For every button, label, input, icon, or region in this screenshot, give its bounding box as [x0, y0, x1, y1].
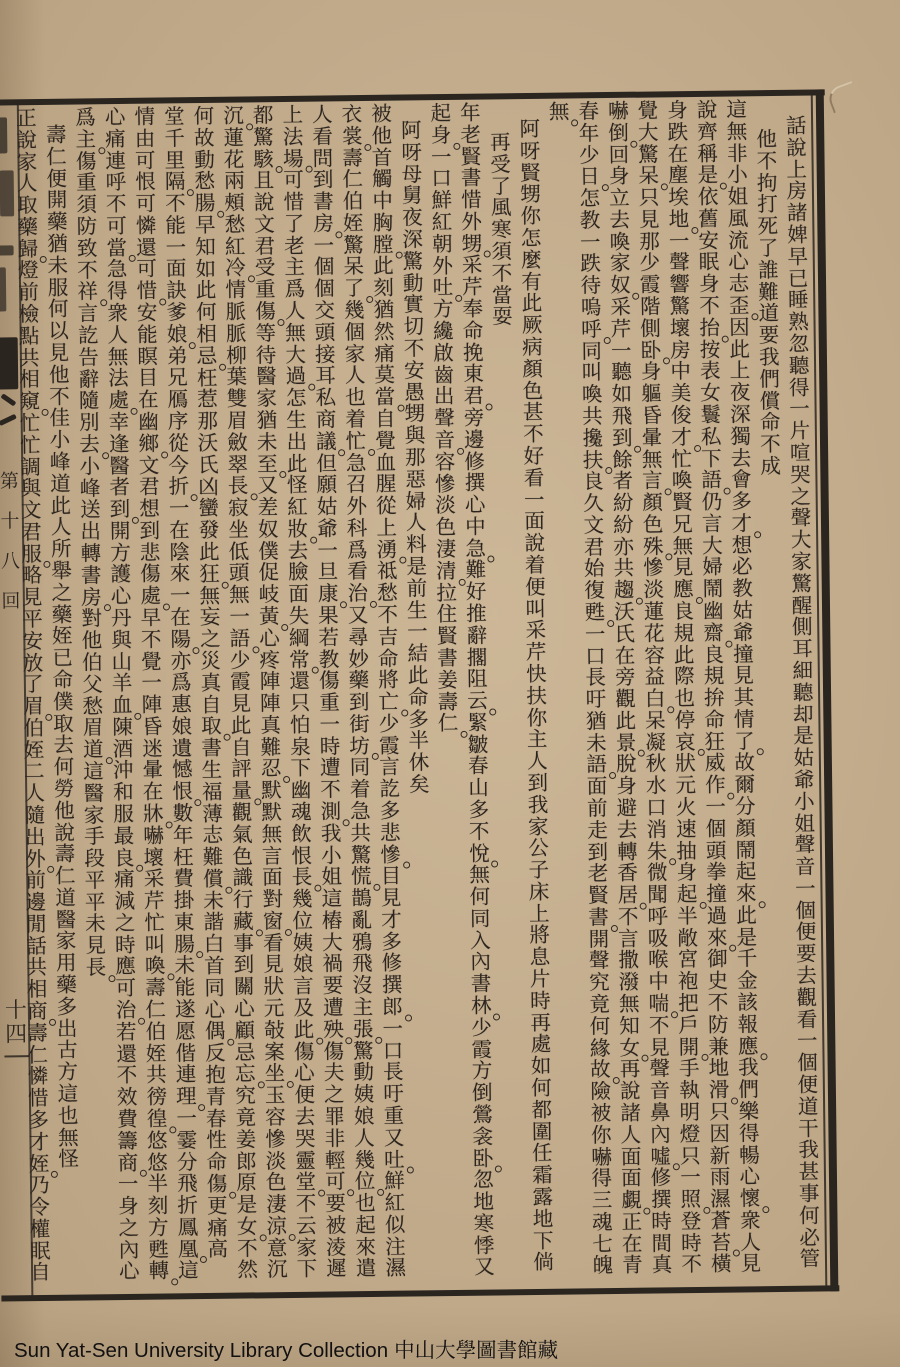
glyph: 出	[78, 521, 104, 543]
glyph: 陣	[257, 671, 283, 693]
glyph: 從	[373, 496, 399, 518]
glyph: 再	[617, 1059, 643, 1081]
glyph: 竟	[233, 1107, 259, 1129]
glyph: 喚	[142, 956, 168, 978]
glyph: 惜	[458, 190, 484, 212]
glyph: 遲	[323, 1259, 349, 1281]
glyph: 該	[735, 992, 761, 1014]
glyph: 陽	[168, 629, 194, 651]
glyph: 幾	[341, 300, 367, 322]
glyph: 只	[287, 693, 313, 715]
glyph: 聽	[790, 682, 816, 704]
glyph: 共	[348, 823, 374, 845]
glyph: 君	[136, 477, 162, 499]
glyph: 去	[76, 434, 102, 456]
glyph: 險	[588, 1081, 614, 1103]
glyph: 着	[522, 555, 548, 577]
glyph: 頭	[703, 840, 729, 862]
glyph: 將	[375, 670, 401, 692]
glyph: 新	[707, 1145, 733, 1167]
glyph: 愚	[401, 382, 427, 404]
glyph: 還	[133, 237, 159, 259]
glyph: 蓮	[641, 601, 667, 623]
glyph: 清	[433, 561, 459, 583]
glyph: 看	[521, 468, 547, 490]
glyph: 厥	[519, 315, 545, 337]
glyph: 非	[724, 143, 750, 165]
glyph: 東	[171, 912, 197, 934]
glyph: 安	[696, 230, 722, 252]
glyph: 却	[790, 704, 816, 726]
glyph: 何	[193, 302, 219, 324]
glyph: 之	[788, 486, 814, 508]
glyph: 齋	[700, 622, 726, 644]
glyph: 行	[230, 890, 256, 912]
glyph: 重	[381, 1105, 407, 1127]
glyph: 必	[797, 1227, 823, 1249]
glyph: 只	[636, 187, 662, 209]
glyph: 姜	[435, 670, 461, 692]
glyph: 耳	[789, 639, 815, 661]
glyph: 序	[165, 411, 191, 433]
glyph: 生	[404, 600, 430, 622]
glyph: 賢	[458, 146, 484, 168]
glyph: 真	[257, 715, 283, 737]
glyph: 說	[694, 100, 720, 122]
glyph: 在	[167, 607, 193, 629]
glyph: 藥	[49, 604, 75, 626]
glyph: 驚	[635, 144, 661, 166]
glyph: 亂	[349, 910, 375, 932]
glyph: 雙	[224, 389, 250, 411]
glyph: 撞	[704, 884, 730, 906]
glyph: 霞	[227, 672, 253, 694]
glyph: 心	[291, 1063, 317, 1085]
glyph: 書	[310, 191, 336, 213]
glyph: 寒	[488, 219, 514, 241]
glyph: 勞	[51, 778, 77, 800]
glyph: 水	[643, 776, 669, 798]
glyph: 家	[293, 1237, 319, 1259]
glyph: 須	[74, 194, 100, 216]
glyph: 睡	[785, 290, 811, 312]
glyph: 防	[705, 1014, 731, 1036]
glyph: 此	[727, 339, 753, 361]
glyph: 何	[45, 299, 71, 321]
glyph: 景	[613, 732, 639, 754]
glyph: 千	[162, 128, 188, 150]
glyph: 乃	[26, 1175, 52, 1197]
glyph: 色	[433, 517, 459, 539]
glyph: 無	[616, 994, 642, 1016]
glyph: 爲	[344, 540, 370, 562]
glyph: 愁	[80, 696, 106, 718]
glyph: 方	[469, 1061, 495, 1083]
glyph: 情	[731, 709, 757, 731]
glyph: 如	[193, 258, 219, 280]
glyph: 人	[737, 1232, 763, 1254]
glyph: 仁	[143, 999, 169, 1021]
glyph: 惹	[194, 389, 220, 411]
glyph: 不	[757, 434, 783, 456]
glyph: 身	[664, 100, 690, 122]
glyph: 葉	[224, 367, 250, 389]
glyph: 滑	[706, 1080, 732, 1102]
glyph: 山	[109, 651, 135, 673]
glyph: 幽	[135, 411, 161, 433]
glyph: 壞	[141, 847, 167, 869]
glyph: 面	[259, 867, 285, 889]
glyph: 一	[380, 1018, 406, 1040]
glyph: 暢	[736, 1145, 762, 1167]
glyph: 道	[47, 473, 73, 495]
glyph: 潑	[616, 972, 642, 994]
glyph: 折	[175, 1195, 201, 1217]
glyph: 共	[16, 348, 42, 370]
text-column: 阿呀賢甥你怎麼有此厥病顏色甚不好看一面說着便叫采芹快扶你主人到我家公子床上將息片…	[517, 119, 557, 1274]
glyph: 到	[346, 692, 372, 714]
glyph: 春	[576, 101, 602, 123]
glyph: 瞑	[135, 346, 161, 368]
glyph: 身	[115, 1196, 141, 1218]
glyph: 拉	[433, 582, 459, 604]
glyph: 被	[588, 1103, 614, 1125]
glyph: 良	[580, 471, 606, 493]
glyph: 何	[528, 1078, 554, 1100]
glyph: 驚	[340, 235, 366, 257]
glyph: 霎	[174, 1130, 200, 1152]
glyph: 非	[322, 1128, 348, 1150]
glyph: 淡	[432, 495, 458, 517]
glyph: 位	[289, 911, 315, 933]
glyph: 甚	[796, 1162, 822, 1184]
glyph: 衾	[470, 1126, 496, 1148]
glyph: 賢	[517, 162, 543, 184]
glyph: 口	[380, 1040, 406, 1062]
glyph: 甥	[517, 184, 543, 206]
glyph: 忙	[141, 912, 167, 934]
glyph: 痛	[204, 1217, 230, 1239]
glyph: 默	[258, 780, 284, 802]
glyph: 女	[697, 383, 723, 405]
glyph: 色	[520, 380, 546, 402]
glyph: 究	[232, 1086, 258, 1108]
glyph: 鬧	[700, 579, 726, 601]
glyph: 教	[577, 210, 603, 232]
glyph: 致	[74, 238, 100, 260]
glyph: 音	[647, 1080, 673, 1102]
glyph: 憾	[169, 760, 195, 782]
glyph: 餘	[609, 449, 635, 471]
glyph: 悠	[144, 1152, 170, 1174]
glyph: 上	[373, 517, 399, 539]
glyph: 償	[757, 390, 783, 412]
glyph: 大	[699, 535, 725, 557]
glyph: 一	[115, 1174, 141, 1196]
glyph: 可	[280, 170, 306, 192]
glyph: 爲	[72, 107, 98, 129]
glyph: 面	[285, 584, 311, 606]
glyph: 不	[103, 194, 129, 216]
glyph: 知	[192, 237, 218, 259]
glyph: 得	[589, 1168, 615, 1190]
glyph: 頭	[226, 563, 252, 585]
glyph: 上	[784, 159, 810, 181]
glyph: 誰	[755, 260, 781, 282]
glyph: 聽	[786, 355, 812, 377]
glyph: 反	[202, 1043, 228, 1065]
glyph: 金	[734, 970, 760, 992]
glyph: 腸	[171, 934, 197, 956]
glyph: 峰	[47, 452, 73, 474]
glyph: 才	[26, 1132, 52, 1154]
glyph: 動	[191, 149, 217, 171]
glyph: 人	[48, 517, 74, 539]
glyph: 個	[703, 818, 729, 840]
glyph: 今	[165, 455, 191, 477]
glyph: 他	[79, 630, 105, 652]
glyph: 君	[461, 386, 487, 408]
glyph: 見	[260, 954, 286, 976]
glyph: 失	[286, 606, 312, 628]
glyph: 仍	[699, 492, 725, 514]
glyph: 堂	[293, 1172, 319, 1194]
glyph: 聲	[431, 408, 457, 430]
glyph: 治	[113, 1000, 139, 1022]
glyph: 脈	[223, 323, 249, 345]
glyph: 到	[137, 520, 163, 542]
glyph: 惜	[134, 281, 160, 303]
glyph: 書	[199, 738, 225, 760]
glyph: 聲	[666, 252, 692, 274]
glyph: 才	[668, 427, 694, 449]
glyph: 都	[529, 1100, 555, 1122]
glyph: 舊	[695, 209, 721, 231]
glyph: 呆	[636, 166, 662, 188]
glyph: 始	[581, 558, 607, 580]
glyph: 圍	[529, 1121, 555, 1143]
glyph: 撞	[730, 644, 756, 666]
glyph: 祥	[75, 282, 101, 304]
glyph: 轉	[78, 543, 104, 565]
glyph: 尋	[345, 627, 371, 649]
glyph: 身	[696, 274, 722, 296]
glyph: 長	[83, 957, 109, 979]
glyph: 白	[642, 688, 668, 710]
glyph: 文	[136, 455, 162, 477]
glyph: 然	[235, 1260, 261, 1282]
glyph: 應	[112, 956, 138, 978]
glyph: 受	[252, 258, 278, 280]
glyph: 花	[221, 149, 247, 171]
glyph: 要	[756, 325, 782, 347]
glyph: 殊	[640, 536, 666, 558]
glyph: 忽	[470, 1170, 496, 1192]
glyph: 壽	[24, 1023, 50, 1045]
glyph: 過	[704, 906, 730, 928]
glyph: 開	[676, 1037, 702, 1059]
glyph: 來	[353, 1237, 379, 1259]
glyph: 似	[382, 1214, 408, 1236]
text-column: 他不拘打死了誰難道要我們償命不成	[754, 129, 784, 478]
glyph: 香	[615, 863, 641, 885]
glyph: 事	[231, 933, 257, 955]
glyph: 夫	[321, 1063, 347, 1085]
glyph: 幽	[288, 780, 314, 802]
glyph: 一	[139, 673, 165, 695]
glyph: 忙	[669, 448, 695, 470]
glyph: 怎	[283, 388, 309, 410]
glyph: 自	[372, 409, 398, 431]
glyph: 斂	[224, 432, 250, 454]
glyph: 不	[489, 263, 515, 285]
glyph: 家	[342, 344, 368, 366]
glyph: 青	[619, 1255, 645, 1277]
glyph: 口	[582, 646, 608, 668]
glyph: 之	[116, 1218, 142, 1240]
glyph: 覷	[619, 1190, 645, 1212]
glyph: 一	[521, 489, 547, 511]
glyph: 測	[318, 801, 344, 823]
glyph: 驚	[400, 251, 426, 273]
glyph: 急	[347, 801, 373, 823]
glyph: 到	[231, 955, 257, 977]
glyph: 眠	[27, 1241, 53, 1263]
glyph: 姐	[792, 813, 818, 835]
glyph: 獨	[728, 426, 754, 448]
glyph: 痛	[371, 343, 397, 365]
glyph: 無	[226, 585, 252, 607]
glyph: 霞	[637, 275, 663, 297]
glyph: 妙	[345, 648, 371, 670]
glyph: 顏	[640, 492, 666, 514]
glyph: 理	[173, 1086, 199, 1108]
glyph: 忌	[232, 1042, 258, 1064]
glyph: 故	[587, 1059, 613, 1081]
glyph: 此	[228, 715, 254, 737]
glyph: 家	[14, 152, 40, 174]
glyph: 跌	[665, 122, 691, 144]
glyph: 喧	[787, 442, 813, 464]
glyph: 言	[699, 513, 725, 535]
glyph: 到	[525, 773, 551, 795]
glyph: 心	[462, 495, 488, 517]
glyph: 能	[134, 324, 160, 346]
glyph: 難	[463, 560, 489, 582]
glyph: 見	[636, 209, 662, 231]
glyph: 病	[519, 337, 545, 359]
glyph: 待	[253, 345, 279, 367]
glyph: 驚	[250, 127, 276, 149]
glyph: 抬	[697, 317, 723, 339]
glyph: 又	[381, 1127, 407, 1149]
glyph: 好	[521, 446, 547, 468]
glyph: 我	[525, 794, 551, 816]
glyph: 折	[166, 476, 192, 498]
collection-caption: Sun Yat-Sen University Library Collectio…	[14, 1333, 558, 1363]
glyph: 常	[286, 649, 312, 671]
glyph: 魂	[589, 1212, 615, 1234]
glyph: 多	[728, 491, 754, 513]
glyph: 見	[46, 343, 72, 365]
glyph: 外	[429, 255, 455, 277]
glyph: 少	[637, 253, 663, 275]
glyph: 奴	[255, 519, 281, 541]
glyph: 懷	[737, 1188, 763, 1210]
glyph: 不	[234, 1238, 260, 1260]
glyph: 淩	[323, 1237, 349, 1259]
glyph: 陳	[109, 717, 135, 739]
glyph: 阿	[398, 120, 424, 142]
glyph: 扶	[580, 450, 606, 472]
glyph: 着	[347, 779, 373, 801]
glyph: 藥	[53, 975, 79, 997]
glyph: 休	[406, 752, 432, 774]
glyph: 若	[316, 627, 342, 649]
glyph: 房	[667, 340, 693, 362]
glyph: 早	[192, 215, 218, 237]
glyph: 入	[467, 930, 493, 952]
glyph: 是	[234, 1194, 260, 1216]
glyph: 面	[584, 776, 610, 798]
glyph: 訖	[377, 779, 403, 801]
glyph: 多	[466, 799, 492, 821]
glyph: 響	[667, 274, 693, 296]
glyph: 音	[792, 857, 818, 879]
glyph: 壽	[43, 125, 69, 147]
glyph: 老	[585, 863, 611, 885]
glyph: 那	[195, 411, 221, 433]
glyph: 舅	[399, 186, 425, 208]
glyph: 所	[48, 539, 74, 561]
glyph: 卧	[470, 1148, 496, 1170]
glyph: 恨	[169, 781, 195, 803]
glyph: 這	[319, 888, 345, 910]
glyph: 人	[524, 751, 550, 773]
glyph: 啟	[431, 343, 457, 365]
glyph: 及	[291, 998, 317, 1020]
glyph: 前	[584, 798, 610, 820]
glyph: 料	[403, 534, 429, 556]
glyph: 文	[581, 515, 607, 537]
glyph: 脫	[613, 754, 639, 776]
glyph: 規	[671, 623, 697, 645]
glyph: 在	[612, 645, 638, 667]
glyph: 嗚	[578, 297, 604, 319]
glyph: 怎	[577, 188, 603, 210]
glyph: 何	[587, 1016, 613, 1038]
glyph: 了	[755, 238, 781, 260]
glyph: 鮮	[381, 1171, 407, 1193]
glyph: 上	[727, 361, 753, 383]
glyph: 寒	[471, 1213, 497, 1235]
glyph: 喚	[607, 231, 633, 253]
glyph: 血	[109, 695, 135, 717]
glyph: 上	[526, 903, 552, 925]
glyph: 春	[465, 756, 491, 778]
glyph: 者	[610, 471, 636, 493]
glyph: 娘	[164, 324, 190, 346]
glyph: 早	[138, 607, 164, 629]
glyph: 少	[227, 650, 253, 672]
glyph: 起	[674, 884, 700, 906]
glyph: 了	[488, 176, 514, 198]
glyph: 風	[725, 208, 751, 230]
glyph: 書	[458, 168, 484, 190]
glyph: 玉	[262, 1085, 288, 1107]
glyph: 時	[678, 1233, 704, 1255]
glyph: 言	[376, 757, 402, 779]
